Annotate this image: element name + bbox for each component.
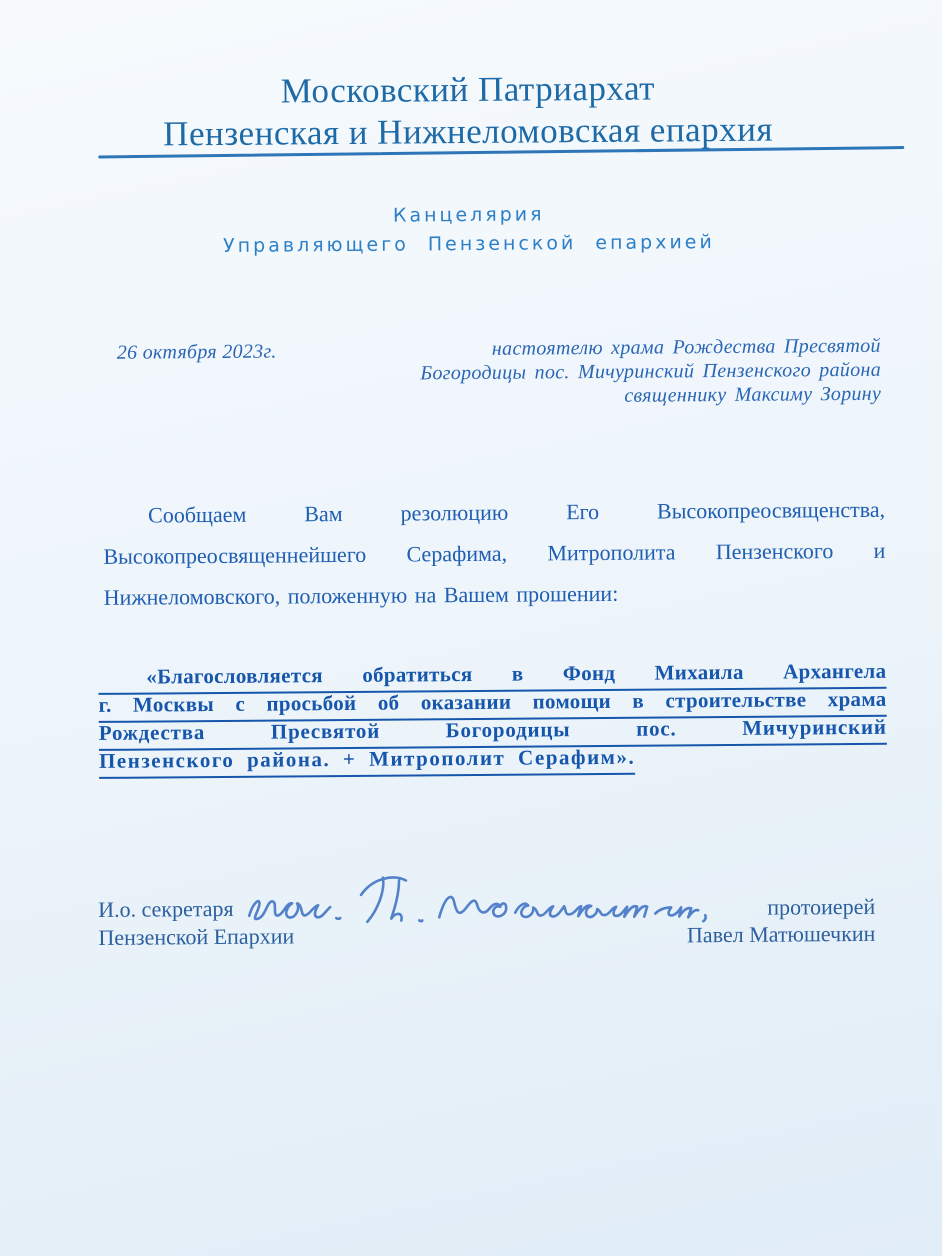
scanned-letter-page: Московский Патриархат Пензенская и Нижне…: [0, 0, 942, 1256]
signatory-name-block: протоиерей Павел Матюшечкин: [687, 893, 876, 948]
letter-date: 26 октября 2023г.: [117, 341, 277, 365]
addressee-line3: священнику Максиму Зорину: [321, 382, 881, 410]
resolution-line4: Пензенского района. + Митрополит Серафим…: [99, 743, 887, 779]
letter-content: Московский Патриархат Пензенская и Нижне…: [0, 0, 942, 1256]
resolution-line4-text: Пензенского района. + Митрополит Серафим…: [99, 745, 635, 779]
signatory-name: Павел Матюшечкин: [687, 920, 876, 948]
office-line1: Канцелярия: [0, 200, 940, 229]
office-line2: Управляющего Пензенской епархией: [0, 229, 940, 258]
body-line1: Сообщаем Вам резолюцию Его Высокопреосвя…: [103, 497, 885, 529]
handwritten-signature-icon: [235, 862, 722, 946]
letterhead-line1: Московский Патриархат: [0, 66, 939, 113]
body-line2: Высокопреосвященнейшего Серафима, Митроп…: [103, 538, 885, 570]
addressee-block: настоятелю храма Рождества Пресвятой Бог…: [321, 334, 882, 410]
body-line3: Нижнеломовского, положенную на Вашем про…: [104, 579, 886, 611]
signatory-rank: протоиерей: [687, 893, 876, 921]
